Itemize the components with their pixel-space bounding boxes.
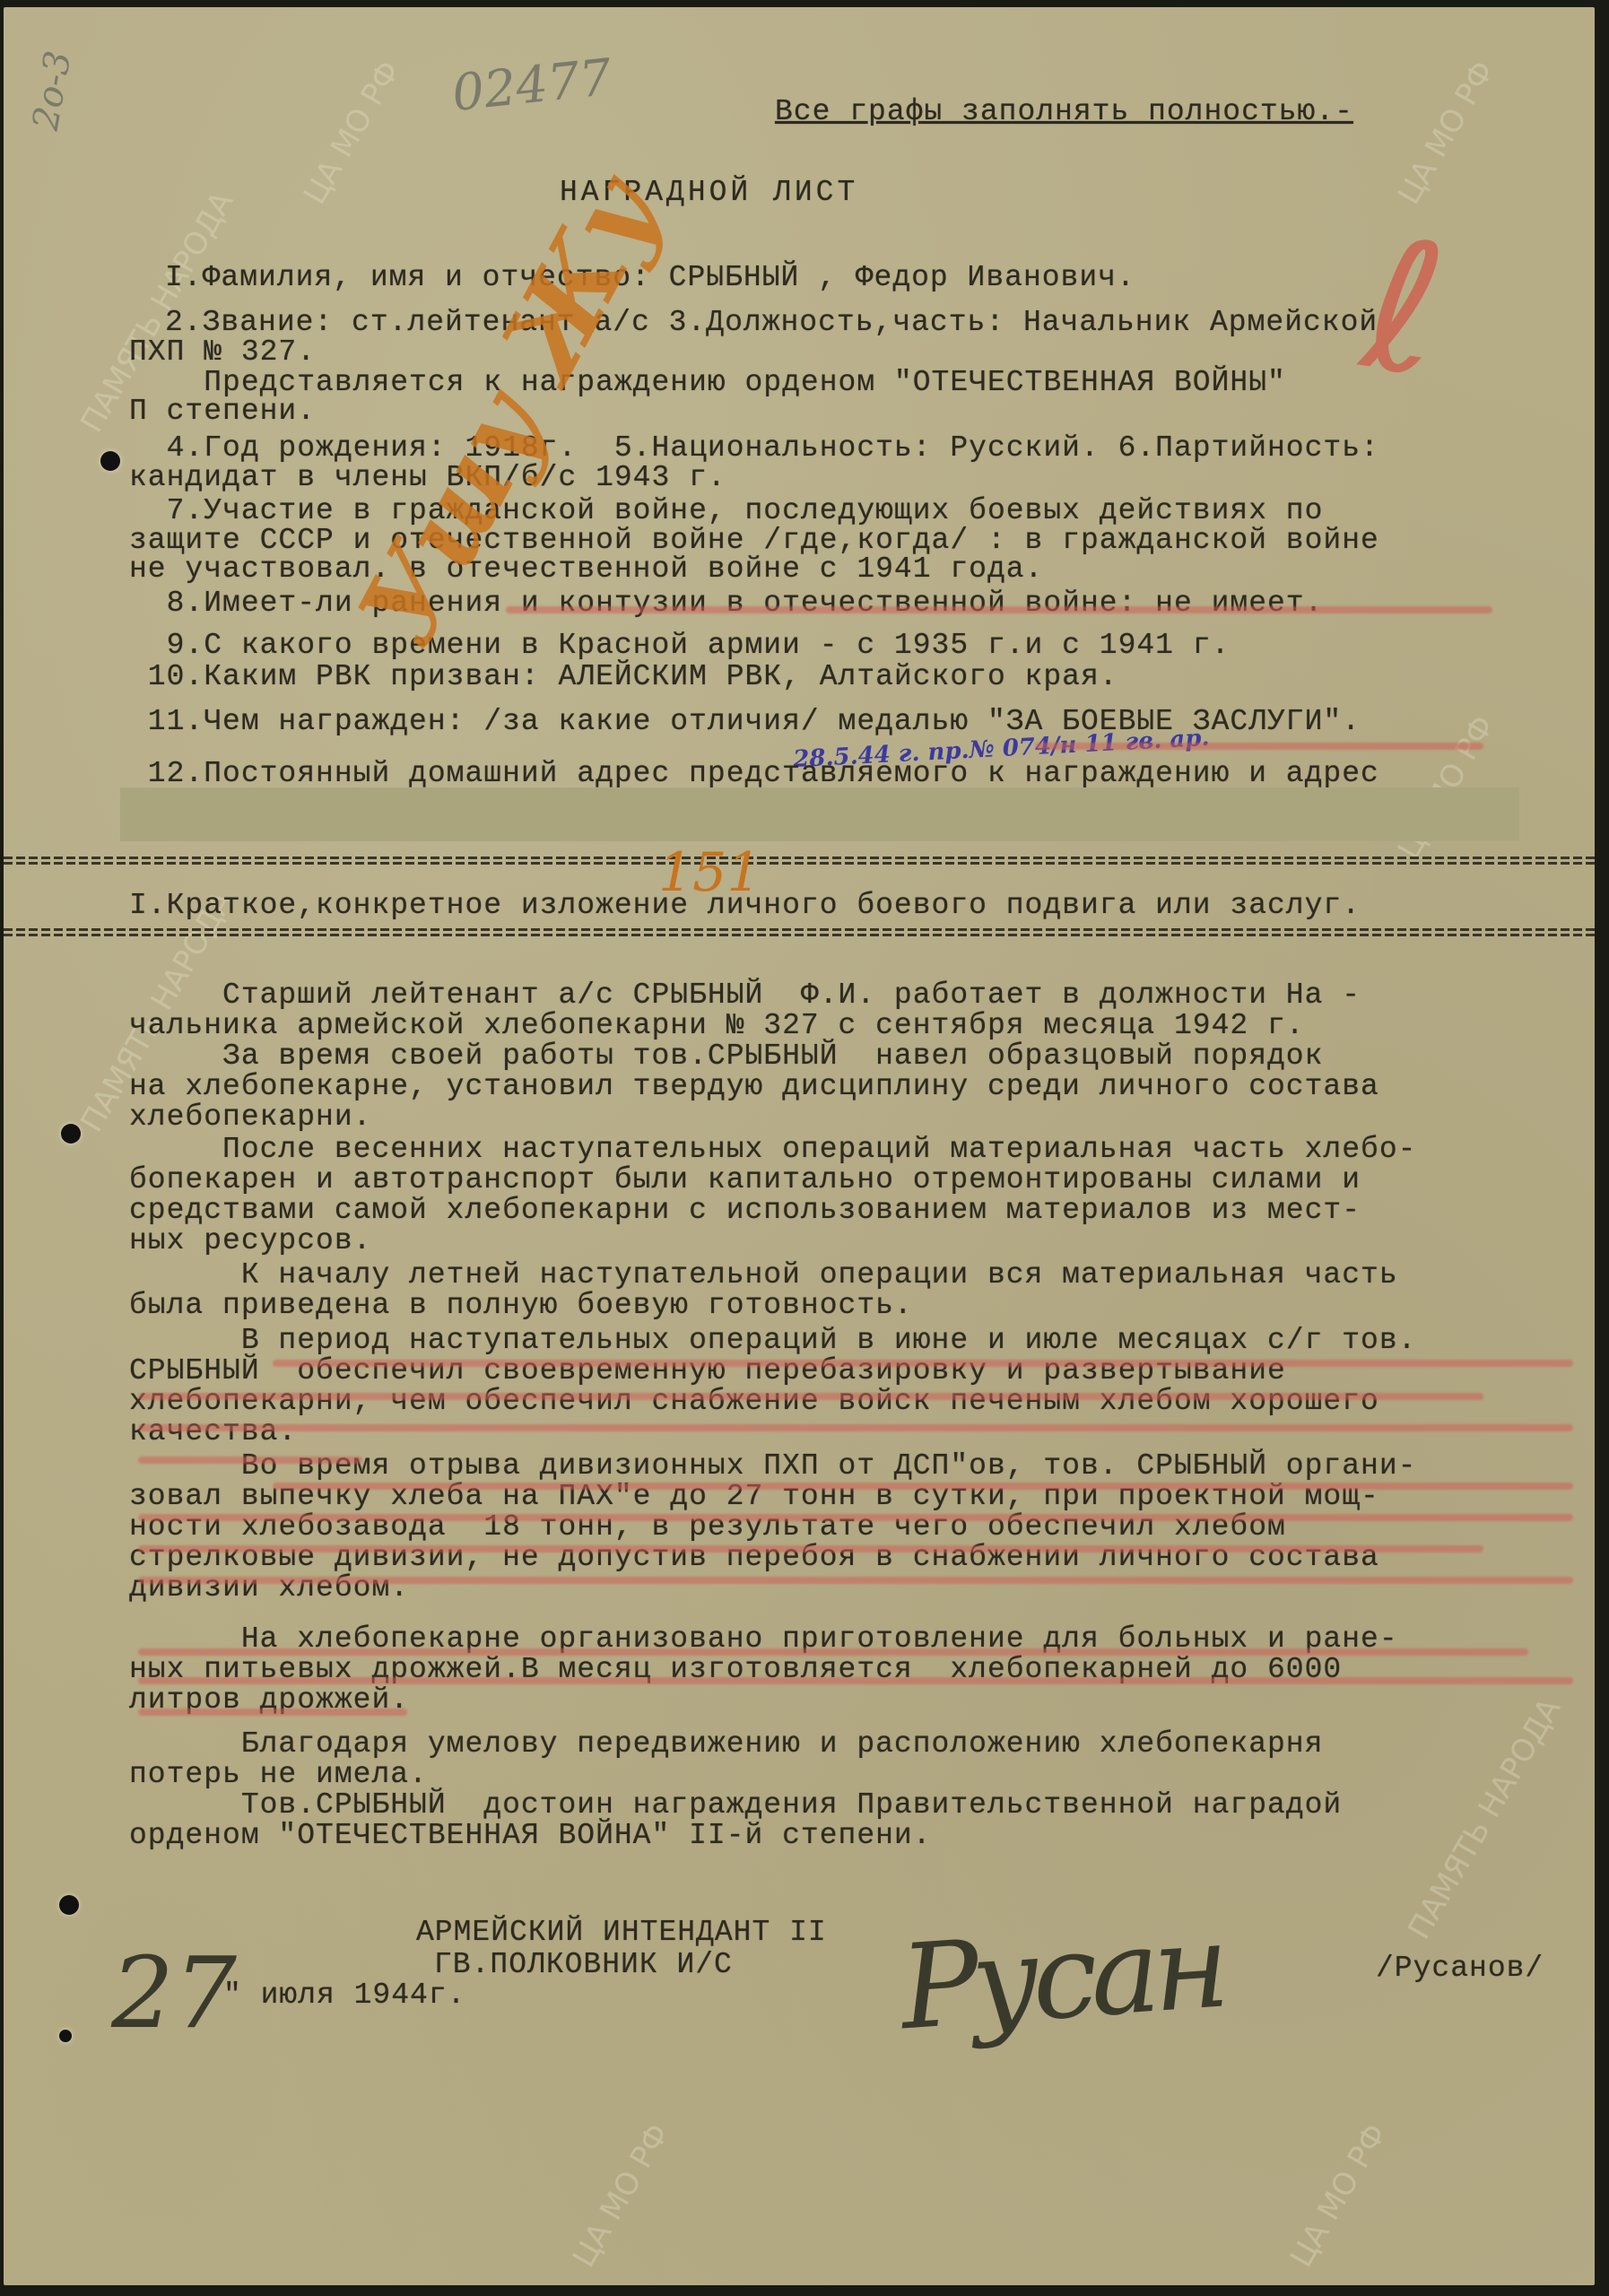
body-line: чальника армейской хлебопекарни № 327 с … (129, 1011, 1305, 1041)
red-underline (138, 1514, 1573, 1521)
body-line: была приведена в полную боевую готовност… (129, 1291, 913, 1321)
field-participation: 7.Участие в гражданской войне, последующ… (129, 496, 1323, 526)
body-line: потерь не имела. (129, 1760, 428, 1790)
punch-hole (100, 451, 120, 471)
body-line: качества. (129, 1417, 297, 1448)
archive-watermark: ПАМЯТЬ НАРОДА (1401, 1692, 1568, 1945)
red-underline (273, 1360, 1573, 1367)
red-underline (138, 1677, 1573, 1684)
signatory-name: /Русанов/ (1376, 1953, 1544, 1984)
dashed-divider-top (4, 855, 1595, 867)
archive-watermark: ЦА МО РФ (1391, 55, 1501, 210)
punch-hole (61, 1124, 81, 1144)
body-line: К началу летней наступательной операции … (129, 1260, 1398, 1291)
red-underline (506, 606, 1492, 613)
body-line: За время своей работы тов.СРЫБНЫЙ навел … (129, 1041, 1323, 1072)
red-underline (138, 1648, 1528, 1656)
instruction-text: Все графы заполнять полностью.- (775, 97, 1353, 127)
archive-watermark: ЦА МО РФ (566, 2118, 676, 2273)
punch-hole (59, 2030, 72, 2042)
body-line: средствами самой хлебопекарни с использо… (129, 1196, 1361, 1226)
field-wounds: 8.Имеет-ли ранения и контузии в отечеств… (129, 588, 1323, 619)
field-award-degree: П степени. (129, 396, 316, 427)
red-pencil-mark: ℓ (1352, 200, 1455, 417)
body-line: После весенних наступательных операций м… (129, 1135, 1416, 1165)
punch-hole (59, 1895, 79, 1915)
field-rank-position: 2.Звание: ст.лейтенант а/с 3.Должность,ч… (165, 308, 1378, 338)
redacted-block (120, 787, 1519, 841)
archive-watermark: ЦА МО РФ (1283, 2118, 1394, 2273)
body-line: Старший лейтенант а/с СРЫБНЫЙ Ф.И. работ… (129, 980, 1361, 1011)
award-sheet-page: ЦА МО РФ ЦА МО РФ ПАМЯТЬ НАРОДА ЦА МО РФ… (4, 7, 1595, 2285)
red-underline (138, 1424, 1573, 1431)
field-birth-nationality-party: 4.Год рождения: 1918г. 5.Национальность:… (129, 433, 1379, 464)
orange-pencil-mark: 151 (658, 841, 761, 904)
body-line: на хлебопекарне, установил твердую дисци… (129, 1072, 1379, 1102)
red-underline (138, 1457, 362, 1464)
red-underline (1035, 743, 1483, 750)
field-participation-cont: защите СССР и отечественной войне /где,к… (129, 526, 1379, 556)
red-underline (138, 1709, 407, 1716)
body-line: орденом "ОТЕЧЕСТВЕННАЯ ВОЙНА" II-й степе… (129, 1821, 932, 1851)
field-unit: ПХП № 327. (129, 337, 316, 368)
field-participation-answer: не участвовал. в отечественной войне с 1… (129, 554, 1043, 585)
body-line: В период наступательных операций в июне … (129, 1326, 1416, 1356)
body-line: хлебопекарни, чем обеспечил снабжение во… (129, 1387, 1379, 1417)
archive-watermark: ЦА МО РФ (297, 55, 407, 210)
signatory-title: АРМЕЙСКИЙ ИНТЕНДАНТ II (416, 1918, 827, 1948)
document-date: " июля 1944г. (223, 1980, 465, 2011)
red-underline (138, 1577, 1573, 1584)
field-drafted-by: 10.Каким РВК призван: АЛЕЙСКИМ РВК, Алта… (129, 662, 1118, 692)
body-line: хлебопекарни. (129, 1102, 371, 1133)
body-line: ных ресурсов. (129, 1226, 371, 1257)
handwritten-day: 27 (111, 1935, 237, 2050)
field-home-address: 12.Постоянный домашний адрес представляе… (129, 759, 1379, 789)
body-line: бопекарен и автотранспорт были капитальн… (129, 1165, 1361, 1196)
dashed-divider-bottom (4, 926, 1595, 939)
signature: Русан (896, 1898, 1227, 2057)
red-underline (138, 1393, 1483, 1400)
field-army-since: 9.С какого времени в Красной армии - с 1… (129, 631, 1230, 661)
field-nominated-award: Представляется к награждению орденом "ОТ… (129, 368, 1286, 398)
body-line: Благодаря умелову передвижению и располо… (129, 1729, 1323, 1760)
signatory-rank: ГВ.ПОЛКОВНИК И/С (434, 1950, 733, 1980)
red-underline (273, 1483, 1573, 1490)
red-underline (138, 1545, 1483, 1552)
margin-pencil-note: 2о-3 (25, 48, 80, 133)
body-line: Тов.СРЫБНЫЙ достоин награждения Правител… (129, 1790, 1342, 1821)
pencil-number: 02477 (449, 48, 614, 123)
